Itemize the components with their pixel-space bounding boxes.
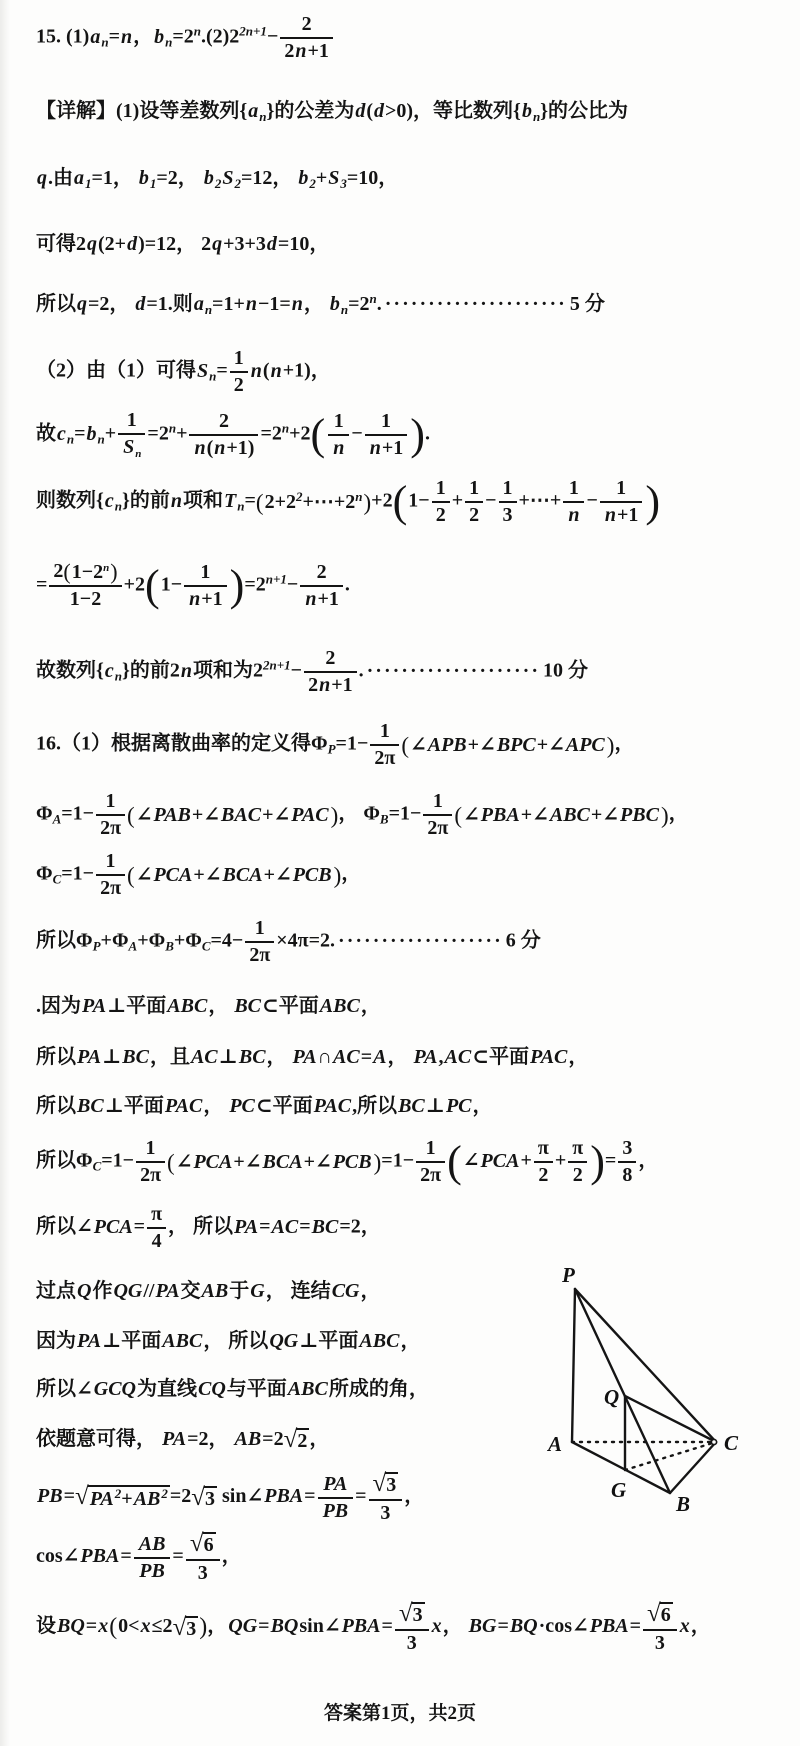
- detail-15-final: 故数列{cn}的前2n项和为22n+1−22n+1.··············…: [36, 648, 588, 696]
- vertex-label-G: G: [611, 1478, 626, 1502]
- edge-PA: [572, 1289, 575, 1442]
- detail-15-given: q.由a1=1， b1=2， b2S2=12， b2+S3=10，: [36, 166, 398, 191]
- answer-16-given-lengths: 依题意可得， PA=2， AB=2√2，: [36, 1427, 329, 1453]
- vertex-label-B: B: [675, 1492, 690, 1516]
- edge-PC: [575, 1289, 716, 1442]
- answer-16-perp2: 所以PA⊥BC，且AC⊥BC， PA∩AC=A， PA,AC⊂平面PAC，: [36, 1045, 588, 1070]
- answer-16-perp1: .因为PA⊥平面ABC， BC⊂平面ABC，: [36, 994, 381, 1019]
- answer-16-angle-gcq: 所以∠GCQ为直线CQ与平面ABC所成的角，: [36, 1377, 429, 1402]
- detail-15-tn-expand: 则数列{cn}的前n项和Tn=(2+22+⋯+2n)+2(1−12+12−13+…: [36, 478, 660, 526]
- answer-sheet-page: 15. (1)an=n，bn=2n.(2)22n+1−22n+1【详解】(1)设…: [0, 0, 800, 1746]
- answer-16-phi-p: 16.（1）根据离散曲率的定义得ΦP=1−12π(∠APB+∠BPC+∠APC)…: [36, 721, 634, 769]
- answer-16-phi-ab: ΦA=1−12π(∠PAB+∠BAC+∠PAC)， ΦB=1−12π(∠PBA+…: [36, 791, 689, 839]
- geometry-figure: P A Q G B C: [463, 1254, 758, 1516]
- detail-15-equations: 可得2q(2+d)=12， 2q+3+3d=10，: [36, 232, 329, 257]
- answer-16-perp3: 所以BC⊥平面PAC， PC⊂平面PAC,所以BC⊥PC，: [36, 1094, 493, 1119]
- page-footer: 答案第1页，共2页: [0, 1698, 800, 1725]
- vertex-label-A: A: [546, 1432, 562, 1456]
- answer-16-pb: PB=√PA2+AB2=2√3 sin∠PBA=PAPB=√33，: [36, 1471, 424, 1524]
- vertex-label-Q: Q: [604, 1385, 619, 1409]
- answer-16-sum: 所以ΦP+ΦA+ΦB+ΦC=4−12π×4π=2.···············…: [36, 918, 541, 966]
- detail-15-part1-result: 所以q=2， d=1.则an=1+n−1=n， bn=2n.··········…: [36, 292, 605, 317]
- answer-16-construct: 过点Q作QG//PA交AB于G， 连结CG，: [36, 1279, 380, 1304]
- answer-16-phi-c: ΦC=1−12π(∠PCA+∠BCA+∠PCB)，: [36, 851, 361, 899]
- answer-16-cos-pba: cos∠PBA=ABPB=√63，: [36, 1531, 242, 1584]
- vertex-C-dot: [711, 1439, 716, 1444]
- answer-16-bq-x: 设BQ=x(0<x≤2√3)，QG=BQsin∠PBA=√33x， BG=BQ·…: [36, 1601, 711, 1654]
- vertex-label-P: P: [561, 1263, 575, 1287]
- vertex-label-C: C: [724, 1431, 739, 1455]
- answer-16-pca: 所以∠PCA=π4， 所以PA=AC=BC=2，: [36, 1204, 381, 1252]
- detail-15-part2-sn: （2）由（1）可得Sn=12n(n+1)，: [36, 348, 331, 396]
- edge-PB: [575, 1289, 670, 1493]
- detail-15-cn: 故cn=bn+1Sn=2n+2n(n+1)=2n+2(1n−1n+1).: [36, 410, 430, 460]
- detail-15-setup: 【详解】(1)设等差数列{an}的公差为d(d>0)，等比数列{bn}的公比为: [36, 99, 628, 124]
- answer-16-qg-perp: 因为PA⊥平面ABC， 所以QG⊥平面ABC，: [36, 1329, 420, 1354]
- edge-QC: [625, 1396, 716, 1442]
- answer-16-phi-c-eval: 所以ΦC=1−12π(∠PCA+∠BCA+∠PCB)=1−12π(∠PCA+π2…: [36, 1138, 658, 1186]
- detail-15-tn-result: =2(1−2n)1−2+2(1−1n+1)=2n+1−2n+1.: [36, 561, 350, 610]
- answer-15-summary: 15. (1)an=n，bn=2n.(2)22n+1−22n+1: [36, 14, 335, 62]
